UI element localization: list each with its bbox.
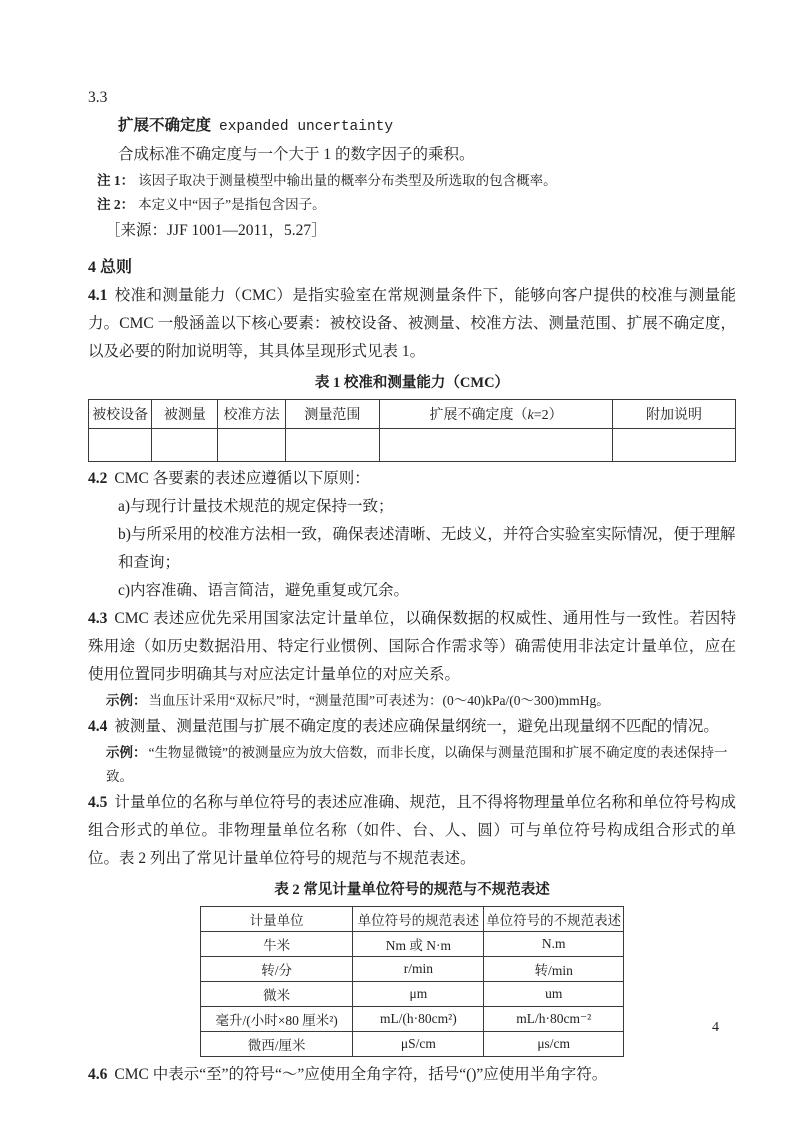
- standard-symbol-cell: μS/cm: [353, 1032, 484, 1057]
- example-label: 示例：: [106, 745, 147, 760]
- table-units-header-standard: 单位符号的规范表述: [353, 907, 484, 932]
- example-text: “生物显微镜”的被测量应为放大倍数，而非长度，以确保与测量范围和扩展不确定度的表…: [106, 745, 727, 784]
- table-cmc-empty-cell: [152, 429, 218, 462]
- source-reference: ［来源：JJF 1001—2011，5.27］: [88, 217, 736, 245]
- clause-4-2-item-b: b)与所采用的校准方法相一致，确保表述清晰、无歧义，并符合实验室实际情况，便于理…: [88, 521, 736, 577]
- note-2: 注 2：本定义中“因子”是指包含因子。: [88, 193, 736, 217]
- table-cmc-empty-cell: [218, 429, 285, 462]
- table-row: 微米 μm um: [201, 982, 624, 1007]
- table-cmc-header-device: 被校设备: [89, 400, 152, 429]
- table-cmc-empty-row: [89, 429, 736, 462]
- clause-4-1-text: 校准和测量能力（CMC）是指实验室在常规测量条件下，能够向客户提供的校准与测量能…: [88, 287, 736, 360]
- standard-symbol-cell: mL/(h·80cm²): [353, 1007, 484, 1032]
- clause-4-3: 4.3CMC 表述应优先采用国家法定计量单位，以确保数据的权威性、通用性与一致性…: [88, 605, 736, 689]
- table-units-header-nonstandard: 单位符号的不规范表述: [484, 907, 624, 932]
- clause-4-4: 4.4被测量、测量范围与扩展不确定度的表述应确保量纲统一，避免出现量纲不匹配的情…: [88, 713, 736, 741]
- term-english: expanded uncertainty: [219, 119, 393, 135]
- nonstandard-symbol-cell: 转/min: [484, 957, 624, 982]
- table-1-title: 表 1 校准和测量能力（CMC）: [88, 369, 736, 397]
- clause-4-1-number: 4.1: [88, 287, 107, 304]
- table-row: 毫升/(小时×80 厘米²) mL/(h·80cm²) mL/h·80cm⁻²: [201, 1007, 624, 1032]
- note-1: 注 1：该因子取决于测量模型中输出量的概率分布类型及所选取的包含概率。: [88, 169, 736, 193]
- clause-4-2: 4.2CMC 各要素的表述应遵循以下原则：: [88, 465, 736, 493]
- table-cmc-empty-cell: [380, 429, 613, 462]
- clause-4-5-text: 计量单位的名称与单位符号的表述应准确、规范，且不得将物理量单位名称和单位符号构成…: [88, 794, 736, 867]
- clause-4-5: 4.5计量单位的名称与单位符号的表述应准确、规范，且不得将物理量单位名称和单位符…: [88, 789, 736, 873]
- term-chinese: 扩展不确定度: [118, 117, 211, 134]
- table-cmc-header-uncertainty: 扩展不确定度（k=2）: [380, 400, 613, 429]
- table-units-header-unit: 计量单位: [201, 907, 353, 932]
- table-units: 计量单位 单位符号的规范表述 单位符号的不规范表述 牛米 Nm 或 N·m N.…: [200, 906, 624, 1057]
- unit-name-cell: 毫升/(小时×80 厘米²): [201, 1007, 353, 1032]
- example-text: 当血压计采用“双标尺”时，“测量范围”可表述为：(0～40)kPa/(0～300…: [149, 693, 610, 708]
- table-cmc-empty-cell: [89, 429, 152, 462]
- table-cmc-header-range: 测量范围: [285, 400, 379, 429]
- table-cmc-empty-cell: [285, 429, 379, 462]
- clause-4-3-number: 4.3: [88, 610, 107, 627]
- clause-4-2-number: 4.2: [88, 470, 107, 487]
- standard-symbol-cell: r/min: [353, 957, 484, 982]
- nonstandard-symbol-cell: mL/h·80cm⁻²: [484, 1007, 624, 1032]
- clause-4-2-text: CMC 各要素的表述应遵循以下原则：: [114, 470, 369, 487]
- table-row: 微西/厘米 μS/cm μs/cm: [201, 1032, 624, 1057]
- term-heading: 扩展不确定度expanded uncertainty: [88, 112, 736, 141]
- nonstandard-symbol-cell: N.m: [484, 932, 624, 957]
- nonstandard-symbol-cell: μs/cm: [484, 1032, 624, 1057]
- example-blood-pressure: 示例：当血压计采用“双标尺”时，“测量范围”可表述为：(0～40)kPa/(0～…: [88, 689, 736, 713]
- note-1-label: 注 1：: [97, 173, 134, 188]
- unit-name-cell: 微西/厘米: [201, 1032, 353, 1057]
- standard-symbol-cell: Nm 或 N·m: [353, 932, 484, 957]
- example-microscope: 示例：“生物显微镜”的被测量应为放大倍数，而非长度，以确保与测量范围和扩展不确定…: [88, 741, 736, 789]
- standard-symbol-cell: μm: [353, 982, 484, 1007]
- clause-4-1: 4.1校准和测量能力（CMC）是指实验室在常规测量条件下，能够向客户提供的校准与…: [88, 282, 736, 366]
- unit-name-cell: 牛米: [201, 932, 353, 957]
- note-2-text: 本定义中“因子”是指包含因子。: [138, 197, 325, 212]
- uncertainty-header-suffix: =2）: [534, 408, 563, 423]
- clause-3-3-number: 3.3: [88, 84, 736, 112]
- uncertainty-header-prefix: 扩展不确定度（: [430, 408, 528, 423]
- clause-4-6: 4.6CMC 中表示“至”的符号“～”应使用全角字符，括号“()”应使用半角字符…: [88, 1061, 736, 1089]
- clause-4-6-number: 4.6: [88, 1066, 107, 1083]
- note-1-text: 该因子取决于测量模型中输出量的概率分布类型及所选取的包含概率。: [138, 173, 557, 188]
- note-2-label: 注 2：: [97, 197, 134, 212]
- table-2-title: 表 2 常见计量单位符号的规范与不规范表述: [88, 876, 736, 904]
- clause-4-2-item-a: a)与现行计量技术规范的规定保持一致；: [88, 493, 736, 521]
- table-cmc-header-notes: 附加说明: [613, 400, 736, 429]
- table-row: 转/分 r/min 转/min: [201, 957, 624, 982]
- table-cmc-empty-cell: [613, 429, 736, 462]
- table-cmc-header-measurand: 被测量: [152, 400, 218, 429]
- clause-4-3-text: CMC 表述应优先采用国家法定计量单位，以确保数据的权威性、通用性与一致性。若因…: [88, 610, 736, 683]
- document-page: 3.3 扩展不确定度expanded uncertainty 合成标准不确定度与…: [0, 0, 793, 1123]
- page-number: 4: [712, 1018, 719, 1038]
- unit-name-cell: 转/分: [201, 957, 353, 982]
- table-cmc-header-method: 校准方法: [218, 400, 285, 429]
- clause-4-2-item-c: c)内容准确、语言简洁，避免重复或冗余。: [88, 577, 736, 605]
- example-label: 示例：: [106, 693, 147, 708]
- clause-4-5-number: 4.5: [88, 794, 107, 811]
- clause-4-4-text: 被测量、测量范围与扩展不确定度的表述应确保量纲统一，避免出现量纲不匹配的情况。: [114, 718, 719, 735]
- table-cmc-header-row: 被校设备 被测量 校准方法 测量范围 扩展不确定度（k=2） 附加说明: [89, 400, 736, 429]
- clause-4-4-number: 4.4: [88, 718, 107, 735]
- table-units-header-row: 计量单位 单位符号的规范表述 单位符号的不规范表述: [201, 907, 624, 932]
- nonstandard-symbol-cell: um: [484, 982, 624, 1007]
- term-definition: 合成标准不确定度与一个大于 1 的数字因子的乘积。: [88, 141, 736, 169]
- section-4-heading: 4 总则: [88, 254, 736, 282]
- unit-name-cell: 微米: [201, 982, 353, 1007]
- table-row: 牛米 Nm 或 N·m N.m: [201, 932, 624, 957]
- table-cmc: 被校设备 被测量 校准方法 测量范围 扩展不确定度（k=2） 附加说明: [88, 399, 736, 462]
- clause-4-6-text: CMC 中表示“至”的符号“～”应使用全角字符，括号“()”应使用半角字符。: [114, 1066, 607, 1083]
